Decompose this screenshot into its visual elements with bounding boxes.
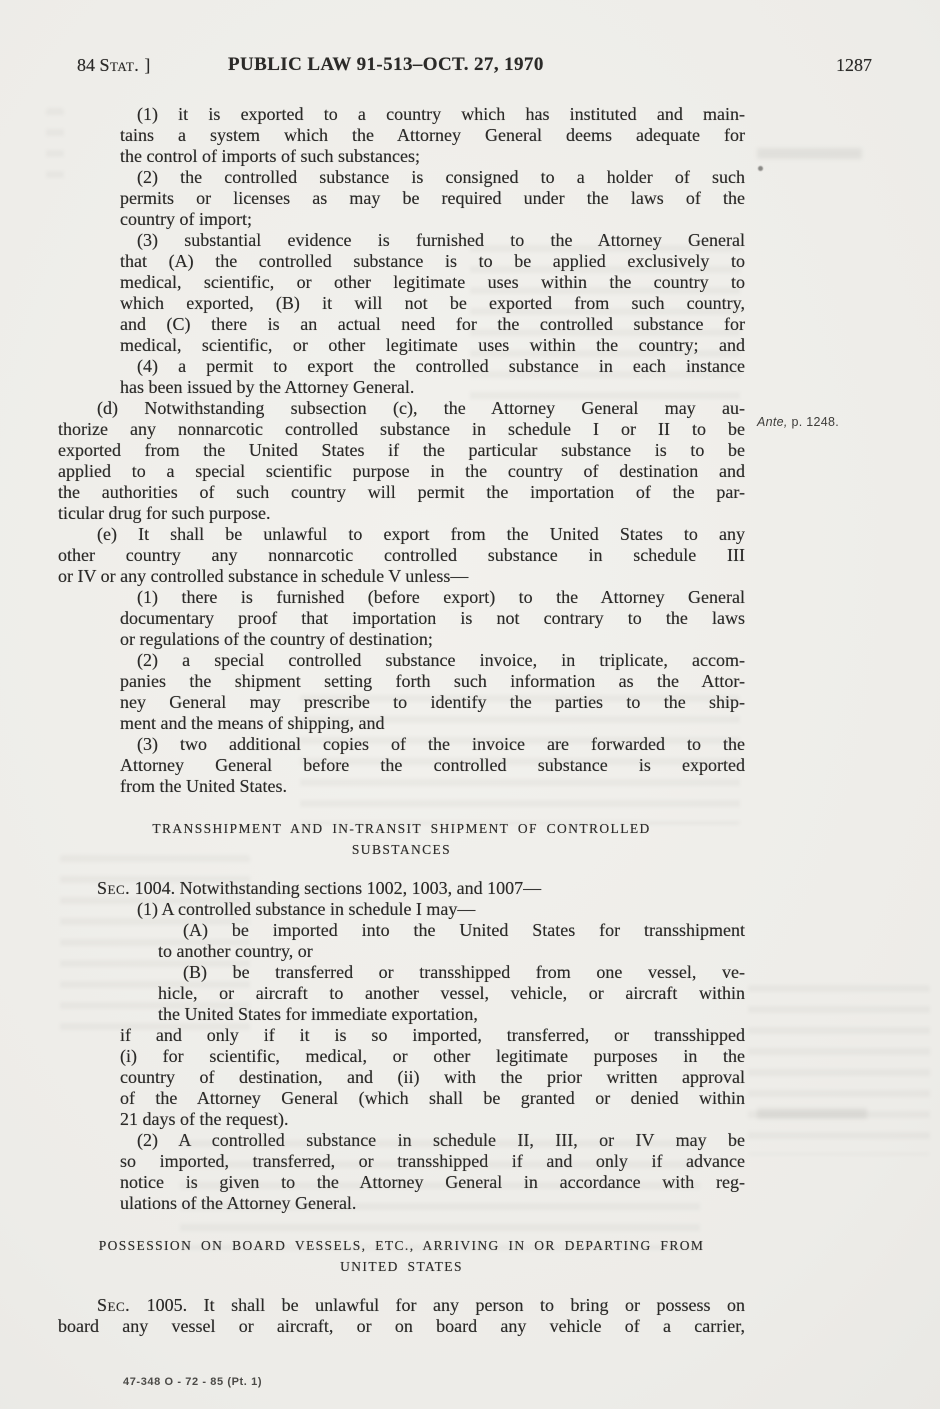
text-line: tains a system which the Attorney Genera… bbox=[58, 125, 745, 146]
document-page: 84 Stat.] PUBLIC LAW 91-513–OCT. 27, 197… bbox=[0, 0, 940, 1409]
text-line: (d) Notwithstanding subsection (c), the … bbox=[58, 398, 745, 419]
paragraph-block: Sec. 1005. It shall be unlawful for any … bbox=[58, 1295, 745, 1337]
heading-line: UNITED STATES bbox=[58, 1256, 745, 1277]
text-line: thorize any nonnarcotic controlled subst… bbox=[58, 419, 745, 440]
margin-note: Ante, p. 1248. bbox=[757, 415, 932, 429]
text-line: (1) it is exported to a country which ha… bbox=[58, 104, 745, 125]
text-line: board any vessel or aircraft, or on boar… bbox=[58, 1316, 745, 1337]
heading-line: SUBSTANCES bbox=[58, 839, 745, 860]
text-line: hicle, or aircraft to another vessel, ve… bbox=[58, 983, 745, 1004]
footer-print-code: 47-348 O - 72 - 85 (Pt. 1) bbox=[123, 1376, 262, 1388]
text-line: (4) a permit to export the controlled su… bbox=[58, 356, 745, 377]
ghost-artifact bbox=[757, 1108, 867, 1119]
text-line: (A) be imported into the United States f… bbox=[58, 920, 745, 941]
heading-line: POSSESSION ON BOARD VESSELS, ETC., ARRIV… bbox=[58, 1235, 745, 1256]
text-column: (1) it is exported to a country which ha… bbox=[58, 104, 745, 1337]
law-title: PUBLIC LAW 91-513–OCT. 27, 1970 bbox=[228, 54, 544, 76]
text-line: Sec. 1004. Notwithstanding sections 1002… bbox=[58, 878, 745, 899]
text-line: (2) the controlled substance is consigne… bbox=[58, 167, 745, 188]
ghost-artifact bbox=[748, 985, 930, 1155]
stat-bracket: ] bbox=[144, 55, 150, 75]
text-line: notice is given to the Attorney General … bbox=[58, 1172, 745, 1193]
text-line: ulations of the Attorney General. bbox=[58, 1193, 745, 1214]
section-heading: TRANSSHIPMENT AND IN-TRANSIT SHIPMENT OF… bbox=[58, 818, 745, 860]
statutes-citation: 84 Stat.] bbox=[77, 55, 150, 76]
text-line: (3) substantial evidence is furnished to… bbox=[58, 230, 745, 251]
text-line: (1) there is furnished (before export) t… bbox=[58, 587, 745, 608]
page-header: 84 Stat.] PUBLIC LAW 91-513–OCT. 27, 197… bbox=[0, 55, 940, 81]
text-line: to another country, or bbox=[58, 941, 745, 962]
text-line: that (A) the controlled substance is to … bbox=[58, 251, 745, 272]
section-heading: POSSESSION ON BOARD VESSELS, ETC., ARRIV… bbox=[58, 1235, 745, 1277]
paragraph-block: Sec. 1004. Notwithstanding sections 1002… bbox=[58, 878, 745, 1214]
paragraph-block: (1) it is exported to a country which ha… bbox=[58, 104, 745, 398]
stat-volume: 84 bbox=[77, 55, 95, 75]
text-line: the authorities of such country will per… bbox=[58, 482, 745, 503]
small-caps-label: Sec. bbox=[97, 1295, 130, 1315]
heading-line: TRANSSHIPMENT AND IN-TRANSIT SHIPMENT OF… bbox=[58, 818, 745, 839]
text-line: permits or licenses as may be required u… bbox=[58, 188, 745, 209]
text-line: ney General may prescribe to identify th… bbox=[58, 692, 745, 713]
text-line: (2) A controlled substance in schedule I… bbox=[58, 1130, 745, 1151]
text-line: ment and the means of shipping, and bbox=[58, 713, 745, 734]
margin-note-page: p. 1248. bbox=[788, 415, 839, 429]
text-line: or IV or any controlled substance in sch… bbox=[58, 566, 745, 587]
text-line: if and only if it is so imported, transf… bbox=[58, 1025, 745, 1046]
text-line: (e) It shall be unlawful to export from … bbox=[58, 524, 745, 545]
text-line: other country any nonnarcotic controlled… bbox=[58, 545, 745, 566]
text-line: 21 days of the request). bbox=[58, 1109, 745, 1130]
text-line: applied to a special scientific purpose … bbox=[58, 461, 745, 482]
text-line: the United States for immediate exportat… bbox=[58, 1004, 745, 1025]
text-line: Attorney General before the controlled s… bbox=[58, 755, 745, 776]
text-line: Sec. 1005. It shall be unlawful for any … bbox=[58, 1295, 745, 1316]
text-line: medical, scientific, or other legitimate… bbox=[58, 272, 745, 293]
text-line: (i) for scientific, medical, or other le… bbox=[58, 1046, 745, 1067]
text-line: or regulations of the country of destina… bbox=[58, 629, 745, 650]
text-line: (2) a special controlled substance invoi… bbox=[58, 650, 745, 671]
text-line: has been issued by the Attorney General. bbox=[58, 377, 745, 398]
text-line: exported from the United States if the p… bbox=[58, 440, 745, 461]
paragraph-block: (e) It shall be unlawful to export from … bbox=[58, 524, 745, 797]
page-number: 1287 bbox=[836, 55, 872, 76]
stat-label: Stat. bbox=[100, 55, 140, 75]
text-line: (3) two additional copies of the invoice… bbox=[58, 734, 745, 755]
text-line: (B) be transferred or transshipped from … bbox=[58, 962, 745, 983]
ghost-artifact bbox=[757, 148, 862, 159]
margin-note-cite: Ante, bbox=[757, 415, 788, 429]
text-line: panies the shipment setting forth such i… bbox=[58, 671, 745, 692]
text-line: which exported, (B) it will not be expor… bbox=[58, 293, 745, 314]
text-line: the control of imports of such substance… bbox=[58, 146, 745, 167]
ghost-artifact bbox=[758, 166, 763, 171]
paragraph-block: (d) Notwithstanding subsection (c), the … bbox=[58, 398, 745, 524]
text-line: of the Attorney General (which shall be … bbox=[58, 1088, 745, 1109]
text-line: country of destination, and (ii) with th… bbox=[58, 1067, 745, 1088]
text-line: documentary proof that importation is no… bbox=[58, 608, 745, 629]
text-line: from the United States. bbox=[58, 776, 745, 797]
text-line: ticular drug for such purpose. bbox=[58, 503, 745, 524]
text-line: country of import; bbox=[58, 209, 745, 230]
text-line: medical, scientific, or other legitimate… bbox=[58, 335, 745, 356]
small-caps-label: Sec. bbox=[97, 878, 130, 898]
text-line: (1) A controlled substance in schedule I… bbox=[58, 899, 745, 920]
text-line: and (C) there is an actual need for the … bbox=[58, 314, 745, 335]
text-line: so imported, transferred, or transshippe… bbox=[58, 1151, 745, 1172]
